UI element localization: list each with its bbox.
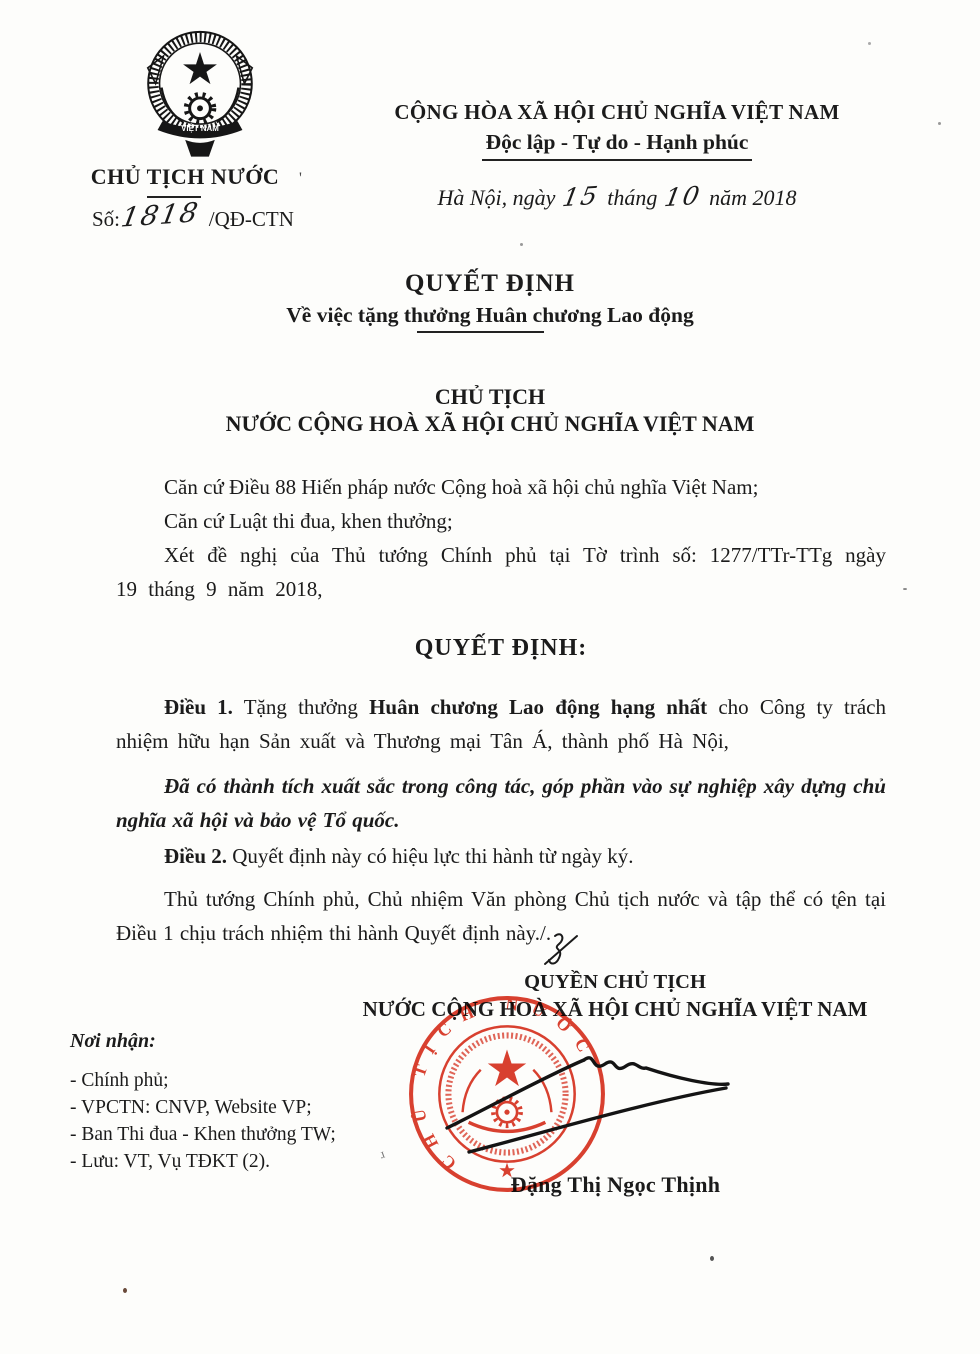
preamble-paragraph-1: Căn cứ Điều 88 Hiến pháp nước Cộng hoà x…: [116, 470, 886, 504]
doc-title: QUYẾT ĐỊNH: [0, 270, 980, 298]
document-body: Căn cứ Điều 88 Hiến pháp nước Cộng hoà x…: [116, 470, 886, 950]
scan-speckle: [903, 588, 907, 590]
scan-speckle: [710, 1256, 714, 1261]
document-page: VIỆT NAM CHỦ TỊCH NƯỚC Số:1818/QĐ-CTN CỘ…: [0, 0, 980, 1354]
scan-speckle: [836, 905, 839, 909]
dateline: Hà Nội, ngày15tháng10năm 2018: [372, 182, 862, 211]
doc-subtitle: Về việc tặng thưởng Huân chương Lao động: [0, 303, 980, 328]
doc-number-suffix: /QĐ-CTN: [209, 207, 294, 231]
article-2-text: Quyết định này có hiệu lực thi hành từ n…: [227, 844, 634, 868]
preamble-paragraph-2: Căn cứ Luật thi đua, khen thưởng;: [116, 504, 886, 538]
national-motto-line2: Độc lập - Tự do - Hạnh phúc: [482, 130, 753, 161]
article-2-label: Điều 2.: [164, 844, 227, 868]
issuer-title: CHỦ TỊCH NƯỚC: [70, 164, 300, 190]
signoff-title-line1: QUYỀN CHỦ TỊCH: [330, 971, 900, 994]
vietnam-national-emblem-icon: VIỆT NAM: [126, 26, 274, 160]
signature-handwriting-icon: [424, 1038, 742, 1160]
authority-line1: CHỦ TỊCH: [0, 383, 980, 410]
citation-paragraph: Đã có thành tích xuất sắc trong công tác…: [116, 769, 886, 837]
dateline-place: Hà Nội, ngày: [437, 185, 555, 210]
recipient-item: - Lưu: VT, Vụ TĐKT (2).: [70, 1148, 400, 1175]
article-1-text-before: Tặng thưởng: [233, 695, 369, 719]
dateline-month-word: tháng: [607, 185, 657, 210]
doc-number-handwritten: 1818: [119, 197, 202, 233]
decision-heading: QUYẾT ĐỊNH:: [116, 633, 886, 663]
recipients-block: Nơi nhận: - Chính phủ; - VPCTN: CNVP, We…: [70, 1030, 400, 1175]
scan-speckle: [520, 243, 523, 246]
article-1: Điều 1. Tặng thưởng Huân chương Lao động…: [116, 690, 886, 758]
article-1-label: Điều 1.: [164, 695, 233, 719]
recipient-item: - Chính phủ;: [70, 1067, 400, 1094]
handwritten-month: 10: [662, 181, 704, 212]
handwritten-day: 15: [561, 181, 603, 212]
article-1-award-name: Huân chương Lao động hạng nhất: [369, 695, 707, 719]
doc-number: Số:1818/QĐ-CTN: [92, 202, 294, 233]
recipients-label: Nơi nhận:: [70, 1030, 400, 1053]
stamp-bottom-star: [499, 1163, 514, 1178]
emblem-star: [183, 52, 217, 84]
recipient-item: - VPCTN: CNVP, Website VP;: [70, 1094, 400, 1121]
authority-line2: NƯỚC CỘNG HOÀ XÃ HỘI CHỦ NGHĨA VIỆT NAM: [0, 410, 980, 437]
recipient-item: - Ban Thi đua - Khen thưởng TW;: [70, 1121, 400, 1148]
dateline-year: năm 2018: [709, 185, 796, 210]
doc-number-prefix: Số:: [92, 207, 120, 231]
subtitle-underline: [417, 331, 544, 333]
scan-speckle: ': [299, 170, 302, 188]
scan-speckle: [123, 1288, 127, 1293]
article-2: Điều 2. Quyết định này có hiệu lực thi h…: [116, 839, 886, 873]
national-header: CỘNG HÒA XÃ HỘI CHỦ NGHĨA VIỆT NAM Độc l…: [372, 100, 862, 161]
national-motto-line1: CỘNG HÒA XÃ HỘI CHỦ NGHĨA VIỆT NAM: [372, 100, 862, 125]
preamble-paragraph-3: Xét đề nghị của Thủ tướng Chính phủ tại …: [116, 538, 886, 606]
svg-text:VIỆT NAM: VIỆT NAM: [181, 124, 219, 133]
implementation-paragraph: Thủ tướng Chính phủ, Chủ nhiệm Văn phòng…: [116, 882, 886, 950]
handwritten-initial-icon: [541, 928, 581, 970]
authority-heading: CHỦ TỊCH NƯỚC CỘNG HOÀ XÃ HỘI CHỦ NGHĨA …: [0, 383, 980, 437]
scan-speckle: [868, 42, 871, 45]
scan-speckle: [938, 122, 941, 125]
